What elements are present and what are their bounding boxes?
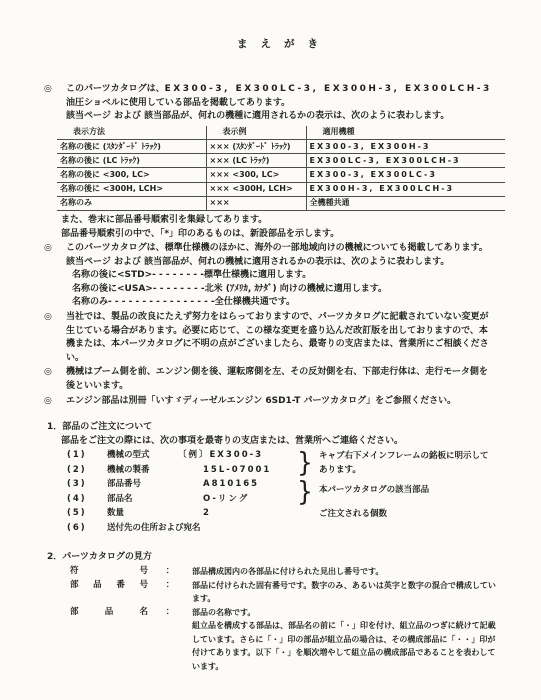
- order-item: (4) 部品名 O-リング: [67, 493, 513, 508]
- item-value: 2: [203, 507, 211, 522]
- guide-entry: 符号 ： 部品構成図内の各部品に付けられた見出し番号です。: [42, 565, 513, 579]
- guide-description: 部品に付けられた固有番号です。数字のみ、あるいは英字と数字の混合で構成してい ま…: [192, 579, 513, 606]
- table-header-cell: 表示方法: [57, 126, 206, 140]
- item-number: (3): [67, 478, 107, 493]
- item-number: (6): [67, 522, 107, 537]
- guide-entry: 部品番号 ： 部品に付けられた固有番号です。数字のみ、あるいは英字と数字の混合で…: [42, 579, 513, 606]
- text-line: 機械はブーム側を前、エンジン側を後、運転席側を左、その反対側を右、下部走行体は、…: [66, 366, 513, 380]
- text-line: 部品に付けられた固有番号です。数字のみ、あるいは英字と数字の混合で構成してい: [192, 579, 513, 593]
- annotation-quantity: ご注文される個数: [319, 508, 387, 521]
- item-label: 部品名: [107, 493, 203, 508]
- table-cell: EX300-3, EX300LC-3: [306, 168, 505, 182]
- table-header-row: 表示方法 表示例 適用機種: [57, 126, 505, 140]
- annotation-catalog-part: 本パーツカタログの該当部品: [319, 484, 429, 497]
- bullet-overseas-spec: ◎ このパーツカタログは、標準仕様機のほかに、海外の一部地域向けの機械についても…: [42, 242, 513, 310]
- order-item: (5) 数量 2: [67, 507, 513, 522]
- text-line: また、巻末に部品番号順索引を集録してあります。: [61, 214, 513, 228]
- order-item: (2) 機械の製番 15L-07001: [67, 464, 513, 479]
- text-line: 組立品を構成する部品は、部品名の前に「・」印を付け、組立品のつぎに続けて記載: [192, 619, 513, 633]
- text-line: 名称の後に<STD>- - - - - - - -標準仕様機に適用します。: [72, 269, 513, 283]
- guide-description: 部品構成図内の各部品に付けられた見出し番号です。: [192, 565, 513, 579]
- text-line: 油圧ショベルに使用している部品を掲載してあります。: [66, 97, 513, 111]
- table-row: 名称のみ ××× 全機種共通: [57, 196, 505, 210]
- page-content: ◎ このパーツカタログは、EX300-3, EX300LC-3, EX300H-…: [42, 83, 513, 673]
- text-line: い。: [66, 352, 513, 366]
- bullet-engine-reference: ◎ エンジン部品は別冊「いすゞディーゼルエンジン 6SD1-T パーツカタログ」…: [42, 395, 513, 409]
- text-line: 機または、本パーツカタログに不明の点がございましたら、最寄りの支店または、営業所…: [66, 338, 513, 352]
- text-line: 名称のみ- - - - - - - - - - - - - - - -全仕様機共…: [72, 296, 513, 310]
- item-value: O-リング: [203, 493, 249, 508]
- text-line: 後といいます。: [66, 380, 513, 394]
- table-row: 名称の後に <300H, LCH> ××× <300H, LCH> EX300H…: [57, 182, 505, 196]
- bullet-body: 当社では、製品の改良にたえず努力をはらっておりますので、パーツカタログに記載され…: [66, 311, 513, 365]
- bullet-icon: ◎: [44, 396, 58, 409]
- item-value: 15L-07001: [203, 464, 271, 479]
- guide-term: 符号: [70, 565, 148, 579]
- text-line: ます。: [192, 592, 513, 606]
- brace-glyph: }: [297, 449, 313, 478]
- text-line: 付けてあります。以下「・」を順次増やして組立品の構成部品であることを表わして: [192, 646, 513, 660]
- item-number: (5): [67, 507, 107, 522]
- text-line: エンジン部品は別冊「いすゞディーゼルエンジン 6SD1-T パーツカタログ」をご…: [66, 395, 513, 409]
- bullet-catalog-models: ◎ このパーツカタログは、EX300-3, EX300LC-3, EX300H-…: [42, 83, 513, 241]
- item-value: 〔例〕EX300-3: [178, 449, 263, 464]
- order-item-list: (1) 機械の型式 〔例〕EX300-3 (2) 機械の製番 15L-07001…: [67, 449, 513, 538]
- text-line: このパーツカタログは、標準仕様機のほかに、海外の一部地域向けの機械についても掲載…: [66, 242, 513, 256]
- table-cell: ××× (ｽﾀﾝﾀﾞｰﾄﾞ ﾄﾗｯｸ): [206, 139, 306, 153]
- order-section-title: 1．部品のご注文について: [47, 421, 513, 435]
- order-item: (6) 送付先の住所および宛名: [67, 522, 513, 537]
- text-line: 該当ページ および 該当部品が、何れの機種に適用されるかの表示は、次のように表わ…: [66, 110, 513, 124]
- bullet-icon: ◎: [44, 84, 58, 241]
- item-number: (4): [67, 493, 107, 508]
- item-label: 送付先の住所および宛名: [107, 522, 203, 537]
- table-cell: 名称の後に <300, LC>: [57, 168, 206, 182]
- table-cell: EX300H-3, EX300LCH-3: [306, 182, 505, 196]
- item-label: 数量: [107, 507, 203, 522]
- table-row: 名称の後に <300, LC> ××× <300, LC> EX300-3, E…: [57, 168, 505, 182]
- bullet-icon: ◎: [44, 367, 58, 393]
- bullet-body: エンジン部品は別冊「いすゞディーゼルエンジン 6SD1-T パーツカタログ」をご…: [66, 395, 513, 409]
- table-cell: EX300-3, EX300H-3: [306, 139, 505, 153]
- text-line: 該当ページ および 該当部品が、何れの機械に適用されるかの表示は、次のように表わ…: [66, 256, 513, 270]
- item-label: 部品番号: [107, 478, 203, 493]
- bullet-body: このパーツカタログは、EX300-3, EX300LC-3, EX300H-3,…: [66, 83, 513, 241]
- bullet-improvement-notice: ◎ 当社では、製品の改良にたえず努力をはらっておりますので、パーツカタログに記載…: [42, 311, 513, 365]
- guide-section-title: 2．パーツカタログの見方: [47, 551, 513, 565]
- page-title: まえがき: [42, 36, 513, 51]
- table-cell: 名称の後に (LC ﾄﾗｯｸ): [57, 154, 206, 168]
- table-row: 名称の後に (ｽﾀﾝﾀﾞｰﾄﾞ ﾄﾗｯｸ) ××× (ｽﾀﾝﾀﾞｰﾄﾞ ﾄﾗｯｸ…: [57, 139, 505, 153]
- table-cell: ××× <300H, LCH>: [206, 182, 306, 196]
- display-method-table: 表示方法 表示例 適用機種 名称の後に (ｽﾀﾝﾀﾞｰﾄﾞ ﾄﾗｯｸ) ××× …: [57, 126, 505, 211]
- bullet-orientation: ◎ 機械はブーム側を前、エンジン側を後、運転席側を左、その反対側を右、下部走行体…: [42, 366, 513, 393]
- table-row: 名称の後に (LC ﾄﾗｯｸ) ××× (LC ﾄﾗｯｸ) EX300LC-3,…: [57, 154, 505, 168]
- guide-description: 部品の名称です。 組立品を構成する部品は、部品名の前に「・」印を付け、組立品のつ…: [192, 606, 513, 674]
- item-value: A810165: [203, 478, 259, 493]
- bullet-icon: ◎: [44, 312, 58, 365]
- order-item: (3) 部品番号 A810165: [67, 478, 513, 493]
- item-number: (1): [67, 449, 107, 464]
- text-line: 当社では、製品の改良にたえず努力をはらっておりますので、パーツカタログに記載され…: [66, 311, 513, 325]
- guide-section: 2．パーツカタログの見方 符号 ： 部品構成図内の各部品に付けられた見出し番号で…: [42, 551, 513, 673]
- text-line: 部品構成図内の各部品に付けられた見出し番号です。: [192, 565, 513, 579]
- guide-term: 部品名: [70, 606, 148, 674]
- text-line: います。: [192, 660, 513, 674]
- table-header-cell: 適用機種: [306, 126, 505, 140]
- brace-glyph: }: [297, 478, 313, 507]
- text-line: 名称の後に<USA>- - - - - - - -北米 (ｱﾒﾘｶ, ｶﾅﾀﾞ)…: [72, 283, 513, 297]
- guide-colon: ：: [148, 579, 192, 606]
- table-cell: ××× (LC ﾄﾗｯｸ): [206, 154, 306, 168]
- item-label: 機械の製番: [107, 464, 203, 479]
- bullet-body: このパーツカタログは、標準仕様機のほかに、海外の一部地域向けの機械についても掲載…: [66, 242, 513, 310]
- model-list: EX300-3, EX300LC-3, EX300H-3, EX300LCH-3: [165, 84, 492, 94]
- text-line: 生じている場合があります。必要に応じて、この様な変更を盛り込んだ改訂版を出してお…: [66, 325, 513, 339]
- guide-entry: 部品名 ： 部品の名称です。 組立品を構成する部品は、部品名の前に「・」印を付け…: [42, 606, 513, 674]
- guide-colon: ：: [148, 565, 192, 579]
- table-cell: 名称のみ: [57, 196, 206, 210]
- text-line: 部品の名称です。: [192, 606, 513, 620]
- guide-colon: ：: [148, 606, 192, 674]
- table-cell: 名称の後に <300H, LCH>: [57, 182, 206, 196]
- table-cell: EX300LC-3, EX300LCH-3: [306, 154, 505, 168]
- text-line: このパーツカタログは、EX300-3, EX300LC-3, EX300H-3,…: [66, 83, 513, 97]
- order-section-intro: 部品をご注文の際には、次の事項を最寄りの支店または、営業所へご連絡ください。: [61, 435, 513, 449]
- guide-term: 部品番号: [70, 579, 148, 606]
- text-segment: このパーツカタログは、: [66, 84, 165, 94]
- table-header-cell: 表示例: [206, 126, 306, 140]
- annotation-nameplate: あります。: [319, 464, 361, 477]
- table-cell: ×××: [206, 196, 306, 210]
- item-number: (2): [67, 464, 107, 479]
- preface-page: まえがき ◎ このパーツカタログは、EX300-3, EX300LC-3, EX…: [0, 0, 541, 700]
- table-cell: 全機種共通: [306, 196, 505, 210]
- order-section: 1．部品のご注文について 部品をご注文の際には、次の事項を最寄りの支店または、営…: [42, 421, 513, 538]
- text-line: しています。さらに「・」印の部品が組立品の場合は、その構成部品に「・・」印が: [192, 633, 513, 647]
- bullet-body: 機械はブーム側を前、エンジン側を後、運転席側を左、その反対側を右、下部走行体は、…: [66, 366, 513, 393]
- annotation-nameplate: キャブ右下メインフレームの銘板に明示して: [319, 450, 489, 463]
- bullet-icon: ◎: [44, 243, 58, 310]
- table-cell: ××× <300, LC>: [206, 168, 306, 182]
- table-cell: 名称の後に (ｽﾀﾝﾀﾞｰﾄﾞ ﾄﾗｯｸ): [57, 139, 206, 153]
- text-line: 部品番号順索引の中で、「*」印のあるものは、新設部品を示します。: [61, 228, 513, 242]
